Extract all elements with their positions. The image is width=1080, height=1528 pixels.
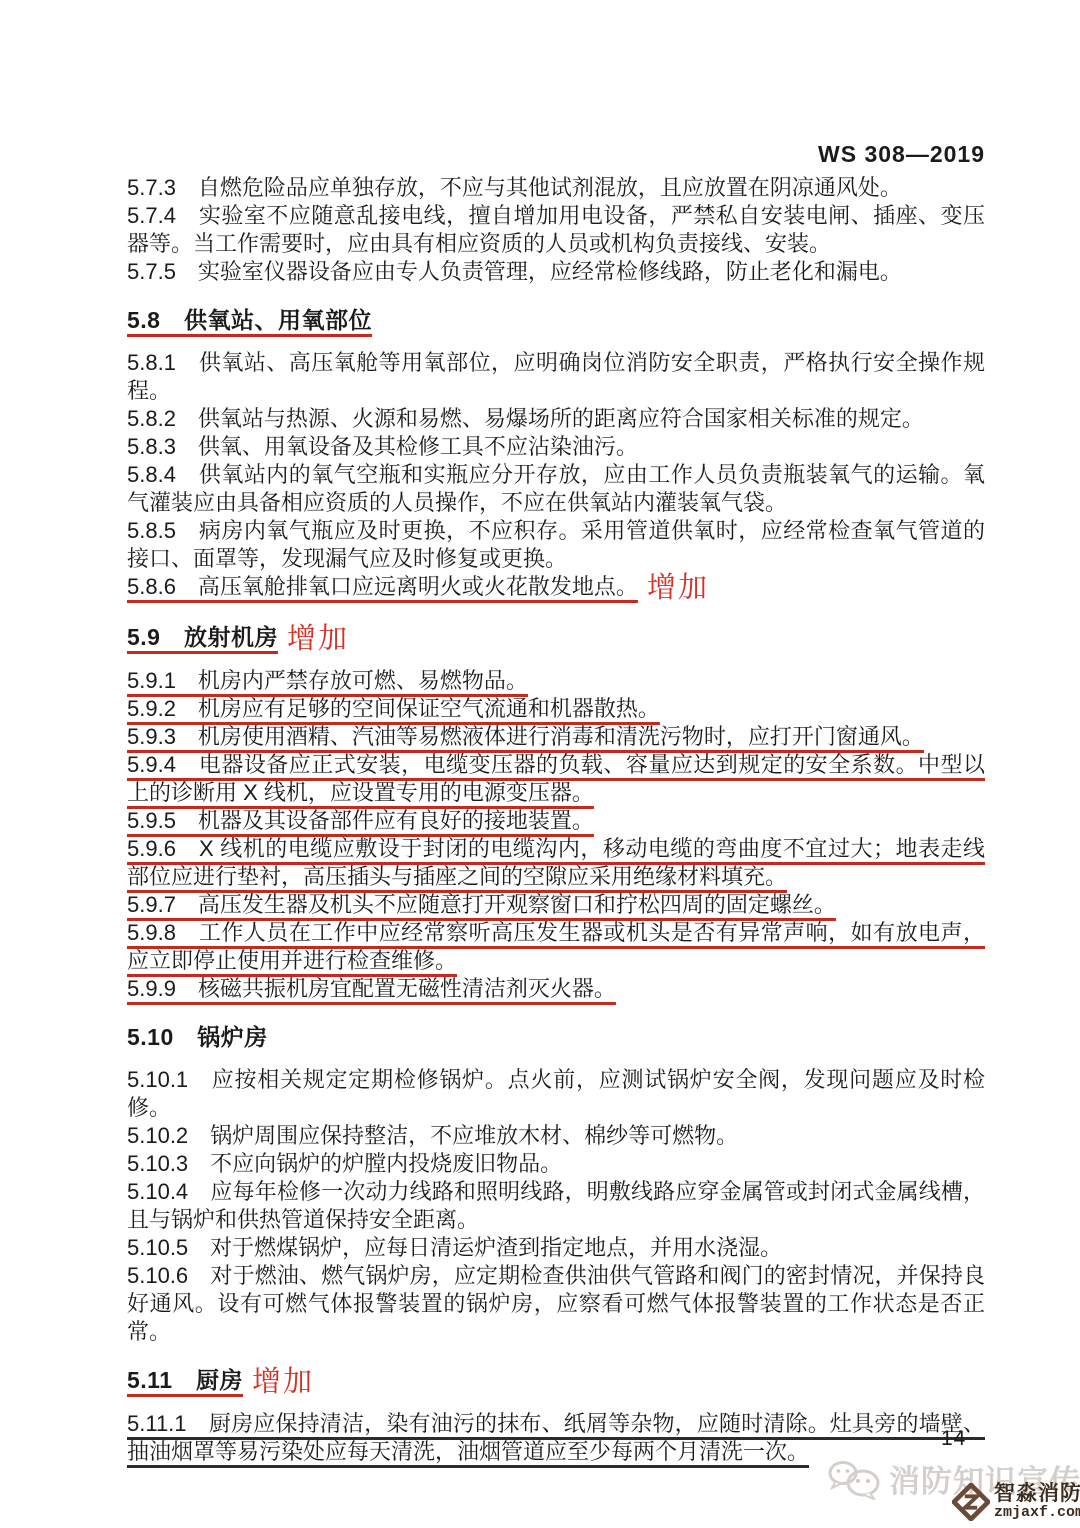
clause-5-9-6: 5.9.6 X 线机的电缆应敷设于封闭的电缆沟内，移动电缆的弯曲度不宜过大；地表… — [127, 835, 985, 891]
clause-5-9-2: 5.9.2 机房应有足够的空间保证空气流通和机器散热。 — [127, 695, 985, 723]
clause-5-8-6: 5.8.6 高压氧舱排氧口应远离明火或火花散发地点。增加 — [127, 573, 985, 603]
section-5-9-title: 5.9 放射机房 — [127, 624, 278, 650]
page-number: 14 — [941, 1427, 966, 1451]
added-annotation: 增加 — [287, 625, 349, 654]
section-5-8-heading: 5.8 供氧站、用氧部位 — [127, 305, 985, 336]
added-annotation: 增加 — [252, 1368, 314, 1397]
clause-5-7-5: 5.7.5 实验室仪器设备应由专人负责管理，应经常检修线路，防止老化和漏电。 — [127, 258, 985, 286]
clause-5-8-1: 5.8.1 供氧站、高压氧舱等用氧部位，应明确岗位消防安全职责，严格执行安全操作… — [127, 349, 985, 405]
clause-5-8-5: 5.8.5 病房内氧气瓶应及时更换，不应积存。采用管道供氧时，应经常检查氧气管道… — [127, 517, 985, 573]
clause-5-9-5: 5.9.5 机器及其设备部件应有良好的接地装置。 — [127, 807, 985, 835]
section-5-11-heading: 5.11 厨房增加 — [127, 1365, 985, 1397]
clause-5-8-4: 5.8.4 供氧站内的氧气空瓶和实瓶应分开存放，应由工作人员负责瓶装氧气的运输。… — [127, 461, 985, 517]
clause-5-8-3: 5.8.3 供氧、用氧设备及其检修工具不应沾染油污。 — [127, 433, 985, 461]
section-5-8-title: 5.8 供氧站、用氧部位 — [127, 307, 372, 333]
wechat-icon — [826, 1458, 884, 1500]
clause-5-10-4: 5.10.4 应每年检修一次动力线路和照明线路，明敷线路应穿金属管或封闭式金属线… — [127, 1178, 985, 1234]
clause-5-9-1: 5.9.1 机房内严禁存放可燃、易燃物品。 — [127, 667, 985, 695]
clause-5-9-9: 5.9.9 核磁共振机房宜配置无磁性清洁剂灭火器。 — [127, 975, 985, 1003]
clause-5-8-2: 5.8.2 供氧站与热源、火源和易燃、易爆场所的距离应符合国家相关标准的规定。 — [127, 405, 985, 433]
added-annotation: 增加 — [647, 574, 709, 603]
section-5-9-heading: 5.9 放射机房增加 — [127, 622, 985, 654]
standard-code: WS 308—2019 — [818, 141, 985, 168]
clause-5-10-1: 5.10.1 应按相关规定定期检修锅炉。点火前，应测试锅炉安全阀，发现问题应及时… — [127, 1066, 985, 1122]
document-page: WS 308—2019 5.7.3 自燃危险品应单独存放，不应与其他试剂混放，且… — [0, 0, 1080, 1528]
brand-site: zmjaxf.com — [994, 1505, 1080, 1521]
section-5-11-title: 5.11 厨房 — [127, 1367, 243, 1393]
clause-5-7-4: 5.7.4 实验室不应随意乱接电线，擅自增加用电设备，严禁私自安装电闸、插座、变… — [127, 202, 985, 258]
clause-5-9-7: 5.9.7 高压发生器及机头不应随意打开观察窗口和拧松四周的固定螺丝。 — [127, 891, 985, 919]
brand-name: 智淼消防 — [994, 1483, 1080, 1505]
clause-5-7-3: 5.7.3 自燃危险品应单独存放，不应与其他试剂混放，且应放置在阴凉通风处。 — [127, 174, 985, 202]
clause-5-10-2: 5.10.2 锅炉周围应保持整洁，不应堆放木材、棉纱等可燃物。 — [127, 1122, 985, 1150]
clause-5-9-4: 5.9.4 电器设备应正式安装，电缆变压器的负载、容量应达到规定的安全系数。中型… — [127, 751, 985, 807]
clause-5-9-3: 5.9.3 机房使用酒精、汽油等易燃液体进行消毒和清洗污物时，应打开门窗通风。 — [127, 723, 985, 751]
brand-watermark: 智淼消防 zmjaxf.com — [952, 1483, 1080, 1521]
brand-logo-icon — [952, 1483, 990, 1521]
clause-5-8-6-text: 5.8.6 高压氧舱排氧口应远离明火或火花散发地点。 — [127, 574, 638, 599]
clause-5-10-6: 5.10.6 对于燃油、燃气锅炉房，应定期检查供油供气管路和阀门的密封情况，并保… — [127, 1262, 985, 1346]
clause-5-9-8: 5.9.8 工作人员在工作中应经常察听高压发生器或机头是否有异常声响，如有放电声… — [127, 919, 985, 975]
section-5-10-heading: 5.10 锅炉房 — [127, 1022, 985, 1053]
section-5-10-title: 5.10 锅炉房 — [127, 1024, 268, 1050]
clause-5-10-5: 5.10.5 对于燃煤锅炉，应每日清运炉渣到指定地点，并用水浇湿。 — [127, 1234, 985, 1262]
document-body: 5.7.3 自燃危险品应单独存放，不应与其他试剂混放，且应放置在阴凉通风处。 5… — [127, 174, 985, 1466]
clause-5-10-3: 5.10.3 不应向锅炉的炉膛内投烧废旧物品。 — [127, 1150, 985, 1178]
